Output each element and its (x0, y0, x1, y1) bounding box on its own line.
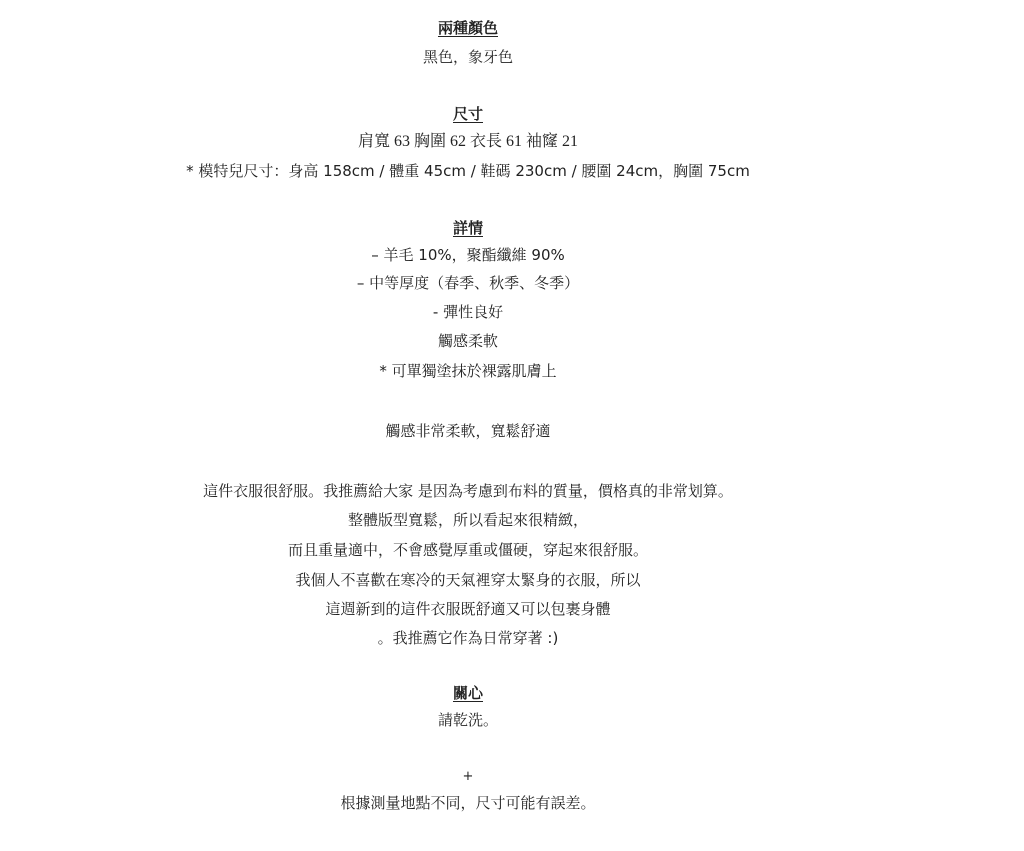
description-line-3: 而且重量適中，不會感覺厚重或僵硬，穿起來很舒服。 (0, 540, 936, 560)
measurement-note: 根據測量地點不同，尺寸可能有誤差。 (0, 793, 936, 813)
colors-heading: 兩種顏色 (0, 18, 936, 38)
care-value: 請乾洗。 (0, 710, 936, 730)
plus-separator: + (0, 767, 936, 787)
details-item-elasticity: - 彈性良好 (0, 302, 936, 322)
size-heading: 尺寸 (0, 104, 936, 124)
details-item-thickness: – 中等厚度（春季、秋季、冬季） (0, 273, 936, 293)
description-line-4: 我個人不喜歡在寒冷的天氣裡穿太緊身的衣服，所以 (0, 570, 936, 590)
model-size-info: * 模特兒尺寸：身高 158cm / 體重 45cm / 鞋碼 230cm / … (0, 161, 936, 181)
description-line-5: 這週新到的這件衣服既舒適又可以包裹身體 (0, 599, 936, 619)
description-line-1: 這件衣服很舒服。我推薦給大家 是因為考慮到布料的質量，價格真的非常划算。 (0, 481, 936, 501)
description-line-2: 整體版型寬鬆，所以看起來很精緻， (0, 510, 936, 530)
details-heading: 詳情 (0, 218, 936, 238)
details-item-texture: 觸感柔軟 (0, 331, 936, 351)
product-detail-page: 兩種顏色 黑色，象牙色 尺寸 肩寬 63 胸圍 62 衣長 61 袖窿 21 *… (0, 0, 936, 851)
care-heading: 關心 (0, 683, 936, 703)
details-item-note: * 可單獨塗抹於裸露肌膚上 (0, 361, 936, 381)
details-item-material: – 羊毛 10%，聚酯纖維 90% (0, 245, 936, 265)
description-line-6: 。我推薦它作為日常穿著 :) (0, 628, 936, 648)
size-measurements: 肩寬 63 胸圍 62 衣長 61 袖窿 21 (0, 132, 936, 152)
tagline: 觸感非常柔軟，寬鬆舒適 (0, 421, 936, 441)
colors-value: 黑色，象牙色 (0, 47, 936, 67)
